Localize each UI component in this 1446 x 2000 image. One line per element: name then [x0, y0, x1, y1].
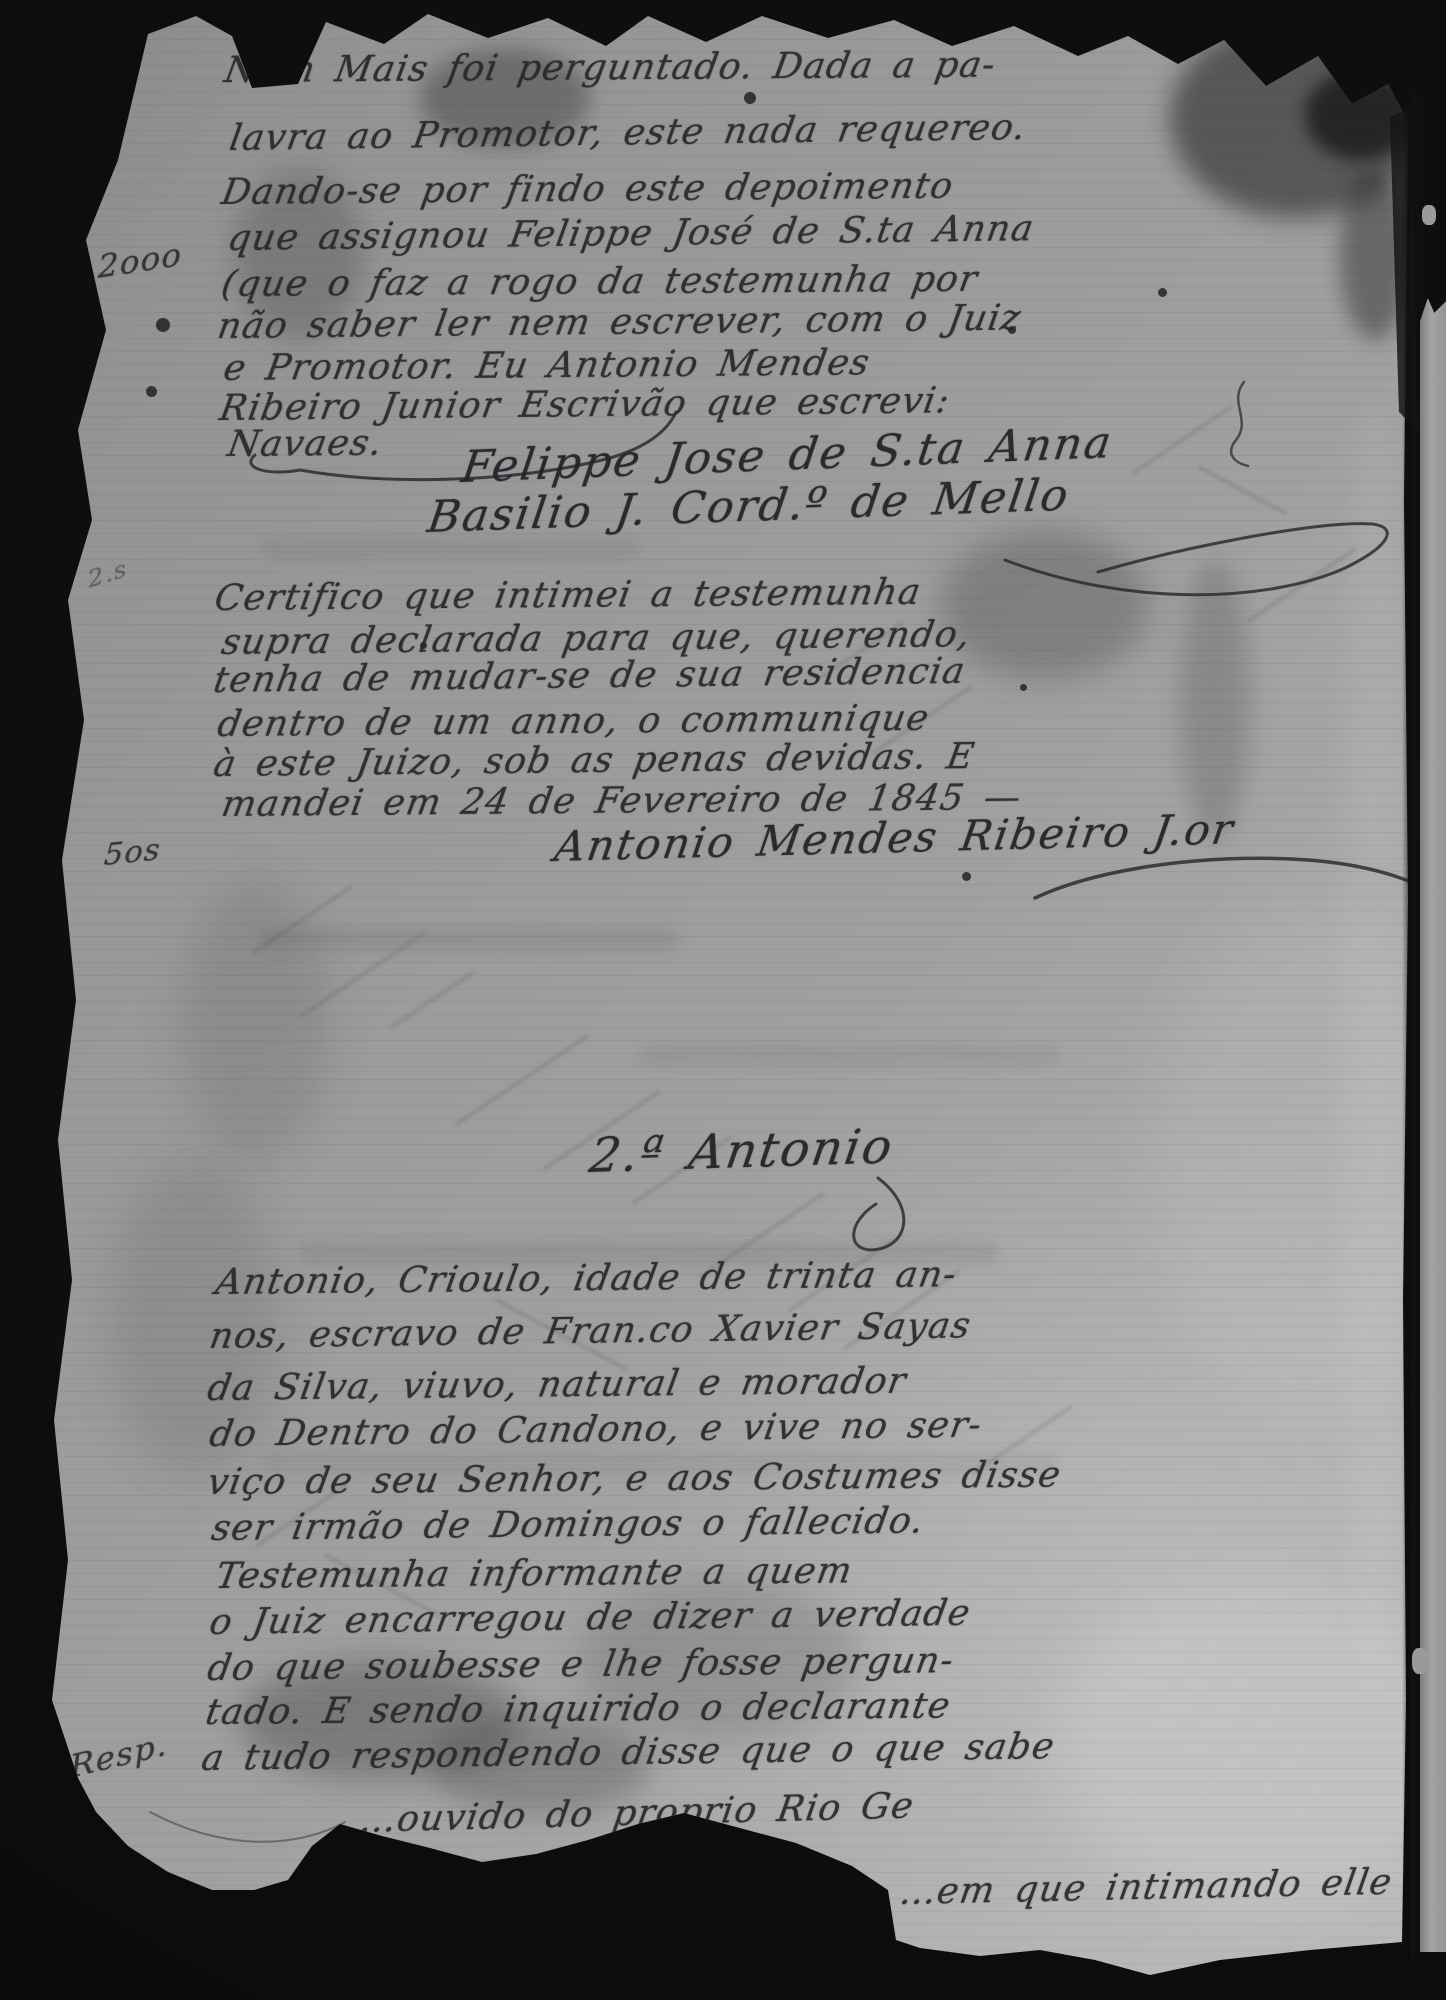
manuscript-page: 2ooo 2.s 5os Resp. Nem Mais foi pergunta… [0, 0, 1446, 2000]
scanned-manuscript: 2ooo 2.s 5os Resp. Nem Mais foi pergunta… [0, 0, 1446, 2000]
paper-fleck [1412, 1648, 1428, 1674]
paper-fleck [1422, 205, 1436, 225]
adjacent-page-edge [1420, 298, 1446, 1952]
gutter-shadow [1402, 92, 1420, 1958]
paper-vignette [0, 0, 1446, 2000]
